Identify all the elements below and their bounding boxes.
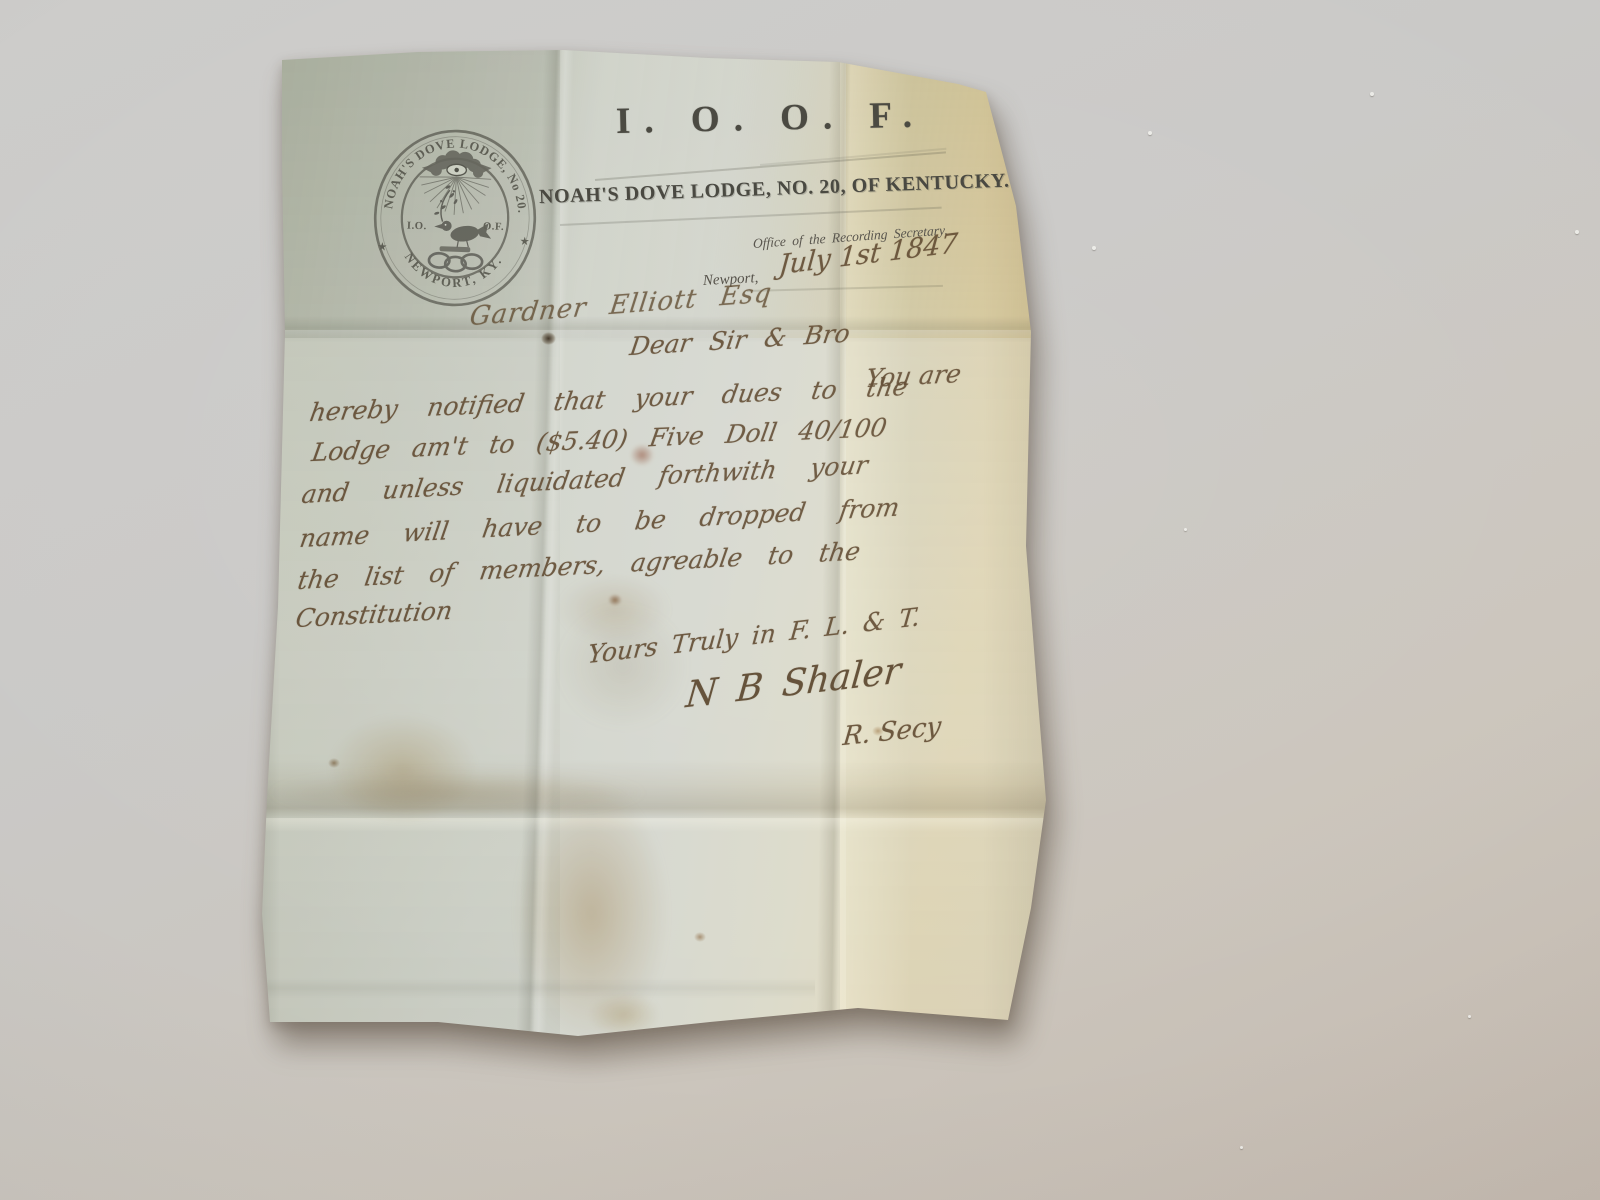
seal-left-initials: I.O. [407,220,427,233]
rust-spot [608,594,622,606]
lodge-name-line: NOAH'S DOVE LODGE, NO. 20, OF KENTUCKY. [539,170,1010,209]
printed-rule [760,148,946,166]
signature: N B Shaler [684,653,902,714]
photo-of-letter: NOAH'S DOVE LODGE, No 20. NEWPORT, KY. ★… [0,0,1600,1200]
seal-right-initials: O.F. [483,220,505,233]
fold-crease-horizontal-lower-highlight [258,818,1053,832]
stain [558,604,688,729]
fold-crease-horizontal-lower [258,760,1053,820]
right-edge-shading [983,46,1053,1046]
signature-title: R. Secy [842,713,943,750]
seal-left-star-icon: ★ [377,240,388,253]
lodge-seal: NOAH'S DOVE LODGE, No 20. NEWPORT, KY. ★… [368,125,542,311]
stain [514,782,669,1044]
hole-tear [541,332,556,345]
stain [694,932,706,942]
letter-paper: NOAH'S DOVE LODGE, No 20. NEWPORT, KY. ★… [258,46,1053,1046]
three-link-chain-icon [429,253,483,272]
letter-paper-shadow-wrap: NOAH'S DOVE LODGE, No 20. NEWPORT, KY. ★… [0,0,1600,1200]
stain [328,714,478,824]
body-line: Constitution [294,598,454,631]
left-edge-shading [258,46,280,1046]
date-baseline-rule [747,285,943,292]
fold-crease-horizontal-bottom [258,978,815,998]
order-initials: I. O. O. F. [616,94,927,143]
all-seeing-eye-icon [418,149,492,216]
stain-band-above-fold [266,770,648,816]
salutation-line: Dear Sir & Bro [628,320,852,359]
stain [588,992,660,1038]
seal-right-star-icon: ★ [519,235,530,248]
printed-rule [560,207,942,226]
stain [328,758,340,768]
